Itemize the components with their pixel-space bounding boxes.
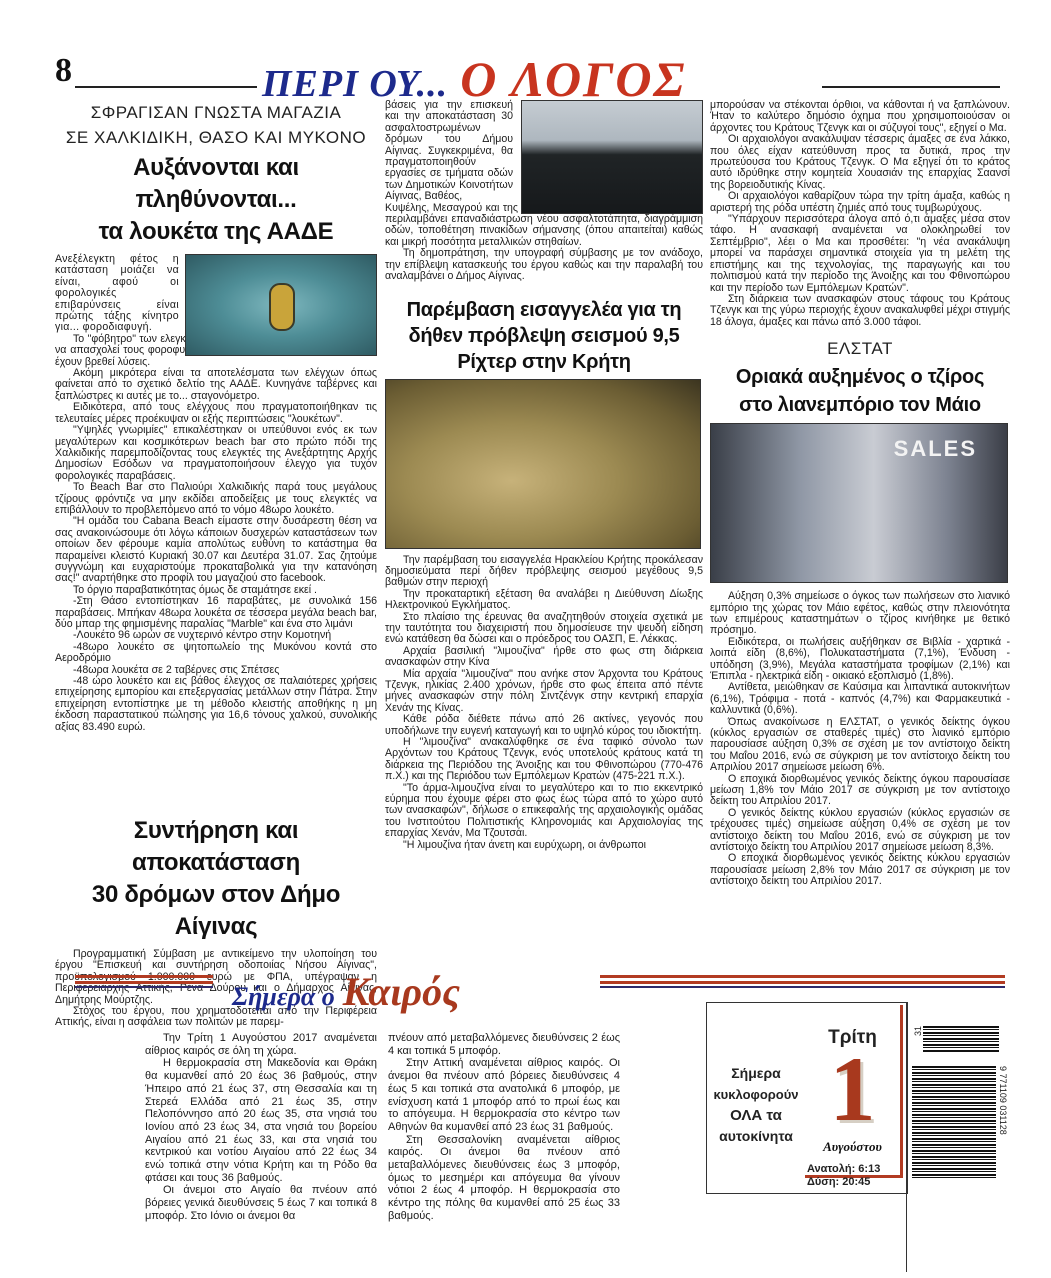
article-headline: Ρίχτερ στην Κρήτη bbox=[385, 349, 703, 375]
traffic-notice: Σήμερα κυκλοφορούν ΟΛΑ τα αυτοκίνητα bbox=[713, 1063, 799, 1147]
sun-times: Ανατολή: 6:13 Δύση: 20:45 bbox=[807, 1163, 880, 1189]
paragraph: Τη δημοπράτηση, την υπογραφή σύμβασης με… bbox=[385, 248, 703, 282]
paragraph: Ο γενικός δείκτης κύκλου εργασιών (κύκλο… bbox=[710, 808, 1010, 854]
traffic-notice-line: κυκλοφορούν bbox=[713, 1084, 799, 1105]
paragraph: Η θερμοκρασία στη Μακεδονία και Θράκη θα… bbox=[145, 1057, 377, 1184]
sales-sign: SALES bbox=[894, 436, 977, 462]
paragraph: Την Τρίτη 1 Αυγούστου 2017 αναμένεται αί… bbox=[145, 1032, 377, 1057]
weather-column-1: Την Τρίτη 1 Αυγούστου 2017 αναμένεται αί… bbox=[145, 1032, 377, 1223]
paragraph: Όπως ανακοίνωσε η ΕΛΣΤΑΤ, ο γενικός δείκ… bbox=[710, 717, 1010, 774]
barcode-divider bbox=[906, 1002, 907, 1272]
map-photo bbox=[385, 379, 701, 549]
article-headline: Αυξάνονται και πληθύνονται... bbox=[55, 152, 377, 216]
date-box: Σήμερα κυκλοφορούν ΟΛΑ τα αυτοκίνητα Τρί… bbox=[706, 1002, 908, 1194]
paragraph: Στη Θεσσαλονίκη αναμένεται αίθριος καιρό… bbox=[388, 1134, 620, 1223]
paragraph: Στην Αττική αναμένεται αίθριος καιρός. Ο… bbox=[388, 1057, 620, 1133]
paragraph: Αύξηση 0,3% σημείωσε ο όγκος των πωλήσεω… bbox=[710, 591, 1010, 637]
article-headline: 30 δρόμων στον Δήμο Αίγινας bbox=[55, 879, 377, 943]
paragraph: "Η ομάδα του Cabana Beach είμαστε στην δ… bbox=[55, 516, 377, 584]
barcode-digits: 9 771109 031128 bbox=[998, 1066, 1008, 1135]
paragraph: "Υψηλές γνωριμίες" επικαλέστηκαν οι υπεύ… bbox=[55, 425, 377, 482]
traffic-notice-line: ΟΛΑ τα bbox=[713, 1105, 799, 1126]
issue-number: 31 bbox=[913, 1026, 921, 1036]
article-elstat: ΕΛΣΤΑΤ Οριακά αυξημένος ο τζίρος στο λια… bbox=[710, 336, 1010, 888]
article-locks: ΣΦΡΑΓΙΣΑΝ ΓΝΩΣΤΑ ΜΑΓΑΖΙΑ ΣΕ ΧΑΛΚΙΔΙΚΗ, Θ… bbox=[55, 100, 377, 733]
paragraph: Ειδικότερα, από τους ελέγχους που πραγμα… bbox=[55, 402, 377, 425]
road-photo bbox=[521, 100, 703, 214]
date-number: 1 bbox=[805, 1043, 900, 1135]
page-number: 8 bbox=[55, 52, 72, 90]
paragraph: Ο εποχικά διορθωμένος γενικός δείκτης όγ… bbox=[710, 774, 1010, 808]
article-body: Το "φόβητρο" των ελεγκτών είναι μικρό κα… bbox=[55, 334, 377, 733]
paragraph: Οι αρχαιολόγοι καθαρίζουν τώρα την τρίτη… bbox=[710, 191, 1010, 214]
article-headline: Παρέμβαση εισαγγελέα για τη bbox=[385, 297, 703, 323]
paragraph: -48ωρο λουκέτο σε ψητοπωλείο της Μυκόνου… bbox=[55, 642, 377, 665]
article-body: Αύξηση 0,3% σημείωσε ο όγκος των πωλήσεω… bbox=[710, 591, 1010, 888]
paragraph: Αντίθετα, μειώθηκαν σε Καύσιμα και λιπαν… bbox=[710, 682, 1010, 716]
paragraph: πνέουν από μεταβαλλόμενες διευθύνσεις 2 … bbox=[388, 1032, 620, 1057]
column-middle: βάσεις για την επισκευή και την αποκατάσ… bbox=[385, 100, 703, 851]
article-body: βάσεις για την επισκευή και την αποκατάσ… bbox=[385, 100, 513, 203]
paragraph: Οι άνεμοι στο Αιγαίο θα πνέουν από βόρει… bbox=[145, 1184, 377, 1222]
paragraph: Το Beach Bar στο Παλιούρι Χαλκιδικής παρ… bbox=[55, 482, 377, 516]
paragraph: Ο εποχικά διορθωμένος γενικός δείκτης κύ… bbox=[710, 853, 1010, 887]
paragraph: "Η λιμουζίνα ήταν άνετη και ευρύχωρη, οι… bbox=[385, 840, 703, 851]
paragraph: Η "λιμουζίνα" ανακαλύφθηκε σε ένα ταφικό… bbox=[385, 737, 703, 783]
article-kicker: ΕΛΣΤΑΤ bbox=[710, 336, 1010, 361]
weather-rule-left bbox=[75, 975, 213, 988]
paragraph: Στη διάρκεια των ανασκαφών στους τάφους … bbox=[710, 294, 1010, 328]
article-headline: Συντήρηση και αποκατάσταση bbox=[55, 815, 377, 879]
weather-title: Σήμερα οΚαιρός bbox=[232, 968, 460, 1015]
article-crete: Παρέμβαση εισαγγελέα για τη δήθεν πρόβλε… bbox=[385, 297, 703, 852]
masthead-rule-right bbox=[822, 86, 1000, 88]
weather-column-2: πνέουν από μεταβαλλόμενες διευθύνσεις 2 … bbox=[388, 1032, 620, 1223]
weather-rule-right bbox=[600, 975, 1005, 988]
paragraph: Την προκαταρτική εξέταση θα αναλάβει η Δ… bbox=[385, 589, 703, 612]
article-headline: τα λουκέτα της ΑΑΔΕ bbox=[55, 216, 377, 248]
paragraph: μπορούσαν να στέκονται όρθιοι, να κάθοντ… bbox=[710, 100, 1010, 134]
article-headline: Οριακά αυξημένος ο τζίρος bbox=[710, 363, 1010, 391]
article-body: Κυψέλης, Μεσαγρού και της Τοπικής Κοινότ… bbox=[385, 203, 703, 283]
paragraph: Την παρέμβαση του εισαγγελέα Ηρακλείου Κ… bbox=[385, 555, 703, 589]
article-headline: στο λιανεμπόριο τον Μάιο bbox=[710, 391, 1010, 419]
paragraph: Ειδικότερα, οι πωλήσεις αυξήθηκαν σε Βιβ… bbox=[710, 637, 1010, 683]
sunset-time: Δύση: 20:45 bbox=[807, 1176, 880, 1189]
weather-title-part2: Καιρός bbox=[343, 969, 460, 1014]
shopping-photo: SALES bbox=[710, 423, 1008, 583]
paragraph: Στο πλαίσιο της έρευνας θα αναζητηθούν σ… bbox=[385, 612, 703, 646]
traffic-notice-line: αυτοκίνητα bbox=[713, 1126, 799, 1147]
column-right: μπορούσαν να στέκονται όρθιοι, να κάθοντ… bbox=[710, 100, 1010, 888]
masthead-rule-left bbox=[75, 86, 257, 88]
article-body: μπορούσαν να στέκονται όρθιοι, να κάθοντ… bbox=[710, 100, 1010, 328]
article-intro: Ανεξέλεγκτη φέτος η κατάσταση μοιάζει να… bbox=[55, 254, 179, 334]
weather-title-part1: Σήμερα ο bbox=[232, 982, 335, 1011]
article-kicker: ΣΦΡΑΓΙΣΑΝ ΓΝΩΣΤΑ ΜΑΓΑΖΙΑ bbox=[55, 100, 377, 125]
paragraph: Μία αρχαία "λιμουζίνα" που ανήκε στον Άρ… bbox=[385, 669, 703, 715]
paragraph: "Υπάρχουν περισσότερα άλογα από ό,τι άμα… bbox=[710, 214, 1010, 294]
padlock-icon bbox=[269, 283, 295, 331]
paragraph: -48 ώρο λουκέτο και εις βάθος έλεγχος σε… bbox=[55, 676, 377, 733]
paragraph: Αρχαία βασιλική "λιμουζίνα" ήρθε στο φως… bbox=[385, 646, 703, 669]
article-body: Την παρέμβαση του εισαγγελέα Ηρακλείου Κ… bbox=[385, 555, 703, 852]
sunrise-time: Ανατολή: 6:13 bbox=[807, 1163, 880, 1176]
traffic-notice-line: Σήμερα bbox=[713, 1063, 799, 1084]
paragraph: Οι αρχαιολόγοι ανακάλυψαν τέσσερις άμαξε… bbox=[710, 134, 1010, 191]
barcode-addon bbox=[923, 1026, 999, 1052]
lock-photo bbox=[185, 254, 377, 356]
article-kicker: ΣΕ ΧΑΛΚΙΔΙΚΗ, ΘΑΣΟ ΚΑΙ ΜΥΚΟΝΟ bbox=[55, 125, 377, 150]
barcode bbox=[912, 1066, 996, 1178]
paragraph: -Στη Θάσο εντοπίστηκαν 16 παραβάτες, με … bbox=[55, 596, 377, 630]
paragraph: Κάθε ρόδα διέθετε πάνω από 26 ακτίνες, γ… bbox=[385, 714, 703, 737]
paragraph: Ακόμη μικρότερα είναι τα αποτελέσματα τω… bbox=[55, 368, 377, 402]
paragraph: "Το άρμα-λιμουζίνα είναι το μεγαλύτερο κ… bbox=[385, 783, 703, 840]
month-name: Αυγούστου bbox=[805, 1139, 900, 1155]
article-headline: δήθεν πρόβλεψη σεισμού 9,5 bbox=[385, 323, 703, 349]
